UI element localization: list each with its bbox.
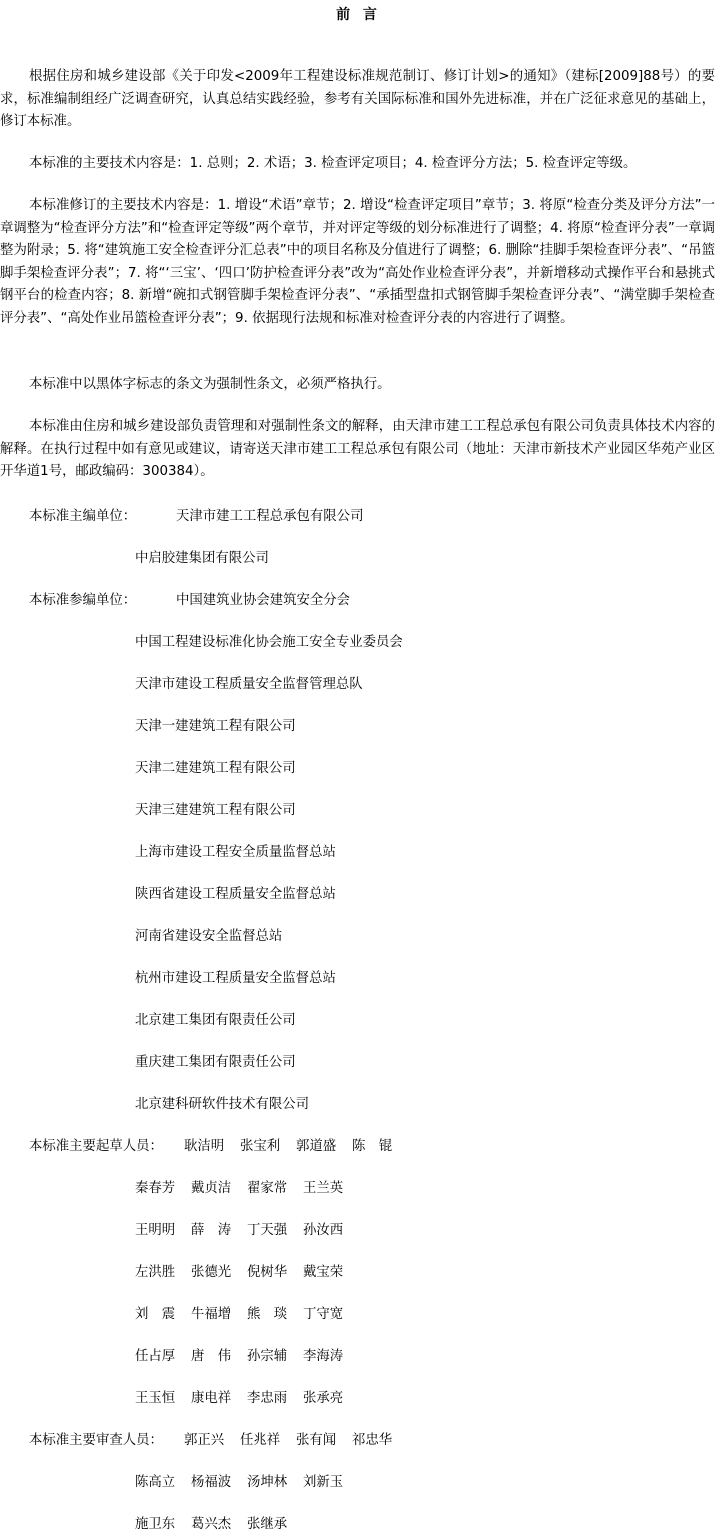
preface-title: 前 言 [0, 4, 717, 24]
person-name: 陈高立 [135, 1473, 191, 1493]
participating-unit: 中国工程建设标准化协会施工安全专业委员会 [135, 633, 403, 653]
person-name: 张承亮 [303, 1389, 359, 1409]
person-name: 施卫东 [135, 1515, 191, 1533]
person-name: 李忠雨 [247, 1389, 303, 1409]
person-name: 丁天强 [247, 1221, 303, 1241]
person-name: 唐 伟 [191, 1347, 247, 1367]
participating-unit: 天津二建建筑工程有限公司 [135, 759, 296, 779]
paragraph-mandatory: 本标准中以黑体字标志的条文为强制性条文，必须严格执行。 [0, 374, 715, 397]
person-name: 陈 锟 [352, 1137, 408, 1157]
chief-editor-label: 本标准主编单位： [29, 507, 136, 527]
person-name: 耿洁明 [184, 1137, 240, 1157]
participating-unit: 天津三建建筑工程有限公司 [135, 801, 296, 821]
paragraph-basis: 根据住房和城乡建设部《关于印发<2009年工程建设标准规范制订、修订计划>的通知… [0, 66, 715, 134]
drafters-label: 本标准主要起草人员： [29, 1137, 163, 1157]
participating-unit: 河南省建设安全监督总站 [135, 927, 282, 947]
person-name: 葛兴杰 [191, 1515, 247, 1533]
person-name: 郭道盛 [296, 1137, 352, 1157]
person-name: 郭正兴 [184, 1431, 240, 1451]
person-name: 汤坤林 [247, 1473, 303, 1493]
person-name: 任占厚 [135, 1347, 191, 1367]
person-name: 戴宝荣 [303, 1263, 359, 1283]
person-name: 张德光 [191, 1263, 247, 1283]
participating-unit: 杭州市建设工程质量安全监督总站 [135, 969, 336, 989]
participating-unit: 上海市建设工程安全质量监督总站 [135, 843, 336, 863]
person-name: 祁忠华 [352, 1431, 408, 1451]
person-name: 刘 震 [135, 1305, 191, 1325]
person-name: 张有闻 [296, 1431, 352, 1451]
person-name: 孙宗辅 [247, 1347, 303, 1367]
person-name: 戴贞洁 [191, 1179, 247, 1199]
person-name: 王兰英 [303, 1179, 359, 1199]
person-name: 牛福增 [191, 1305, 247, 1325]
chief-editor-unit: 中启胶建集团有限公司 [135, 549, 269, 569]
person-name: 丁守宽 [303, 1305, 359, 1325]
paragraph-management: 本标准由住房和城乡建设部负责管理和对强制性条文的解释，由天津市建工工程总承包有限… [0, 416, 715, 484]
person-name: 任兆祥 [240, 1431, 296, 1451]
person-name: 薛 涛 [191, 1221, 247, 1241]
reviewers-label: 本标准主要审查人员： [29, 1431, 163, 1451]
person-name: 翟家常 [247, 1179, 303, 1199]
paragraph-revision-content: 本标准修订的主要技术内容是：1. 增设“术语”章节；2. 增设“检查评定项目”章… [0, 195, 715, 330]
chief-editor-unit: 天津市建工工程总承包有限公司 [176, 507, 363, 527]
person-name: 王玉恒 [135, 1389, 191, 1409]
person-name: 刘新玉 [303, 1473, 359, 1493]
participating-unit: 北京建科研软件技术有限公司 [135, 1095, 309, 1115]
person-name: 左洪胜 [135, 1263, 191, 1283]
person-name: 康电祥 [191, 1389, 247, 1409]
participating-unit: 天津市建设工程质量安全监督管理总队 [135, 675, 363, 695]
participating-unit: 中国建筑业协会建筑安全分会 [176, 591, 350, 611]
person-name: 孙汝西 [303, 1221, 359, 1241]
person-name: 张继承 [247, 1515, 303, 1533]
person-name: 王明明 [135, 1221, 191, 1241]
person-name: 秦春芳 [135, 1179, 191, 1199]
participating-unit: 北京建工集团有限责任公司 [135, 1011, 296, 1031]
person-name: 张宝利 [240, 1137, 296, 1157]
participating-unit: 天津一建建筑工程有限公司 [135, 717, 296, 737]
participating-unit: 重庆建工集团有限责任公司 [135, 1053, 296, 1073]
person-name: 熊 琰 [247, 1305, 303, 1325]
participating-units-label: 本标准参编单位： [29, 591, 136, 611]
person-name: 李海涛 [303, 1347, 359, 1367]
person-name: 倪树华 [247, 1263, 303, 1283]
person-name: 杨福波 [191, 1473, 247, 1493]
participating-unit: 陕西省建设工程质量安全监督总站 [135, 885, 336, 905]
paragraph-main-content: 本标准的主要技术内容是：1. 总则；2. 术语；3. 检查评定项目；4. 检查评… [0, 153, 715, 176]
